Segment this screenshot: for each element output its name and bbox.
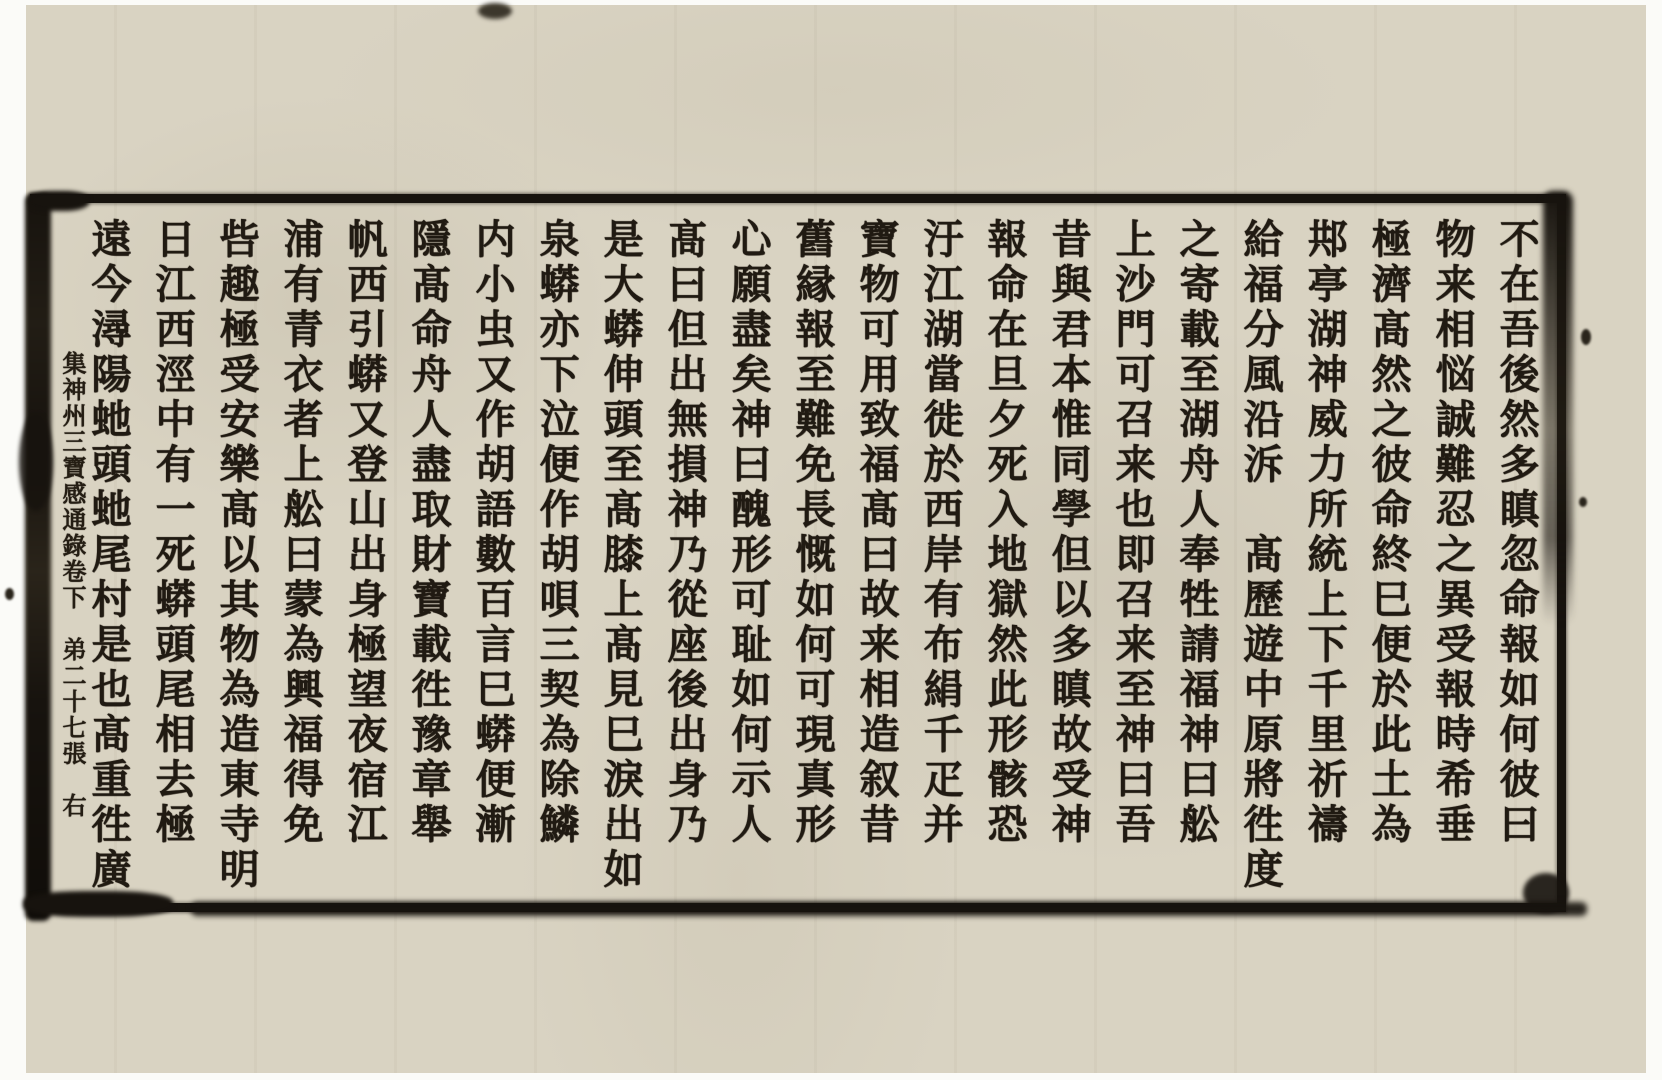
text-column-19: 帆西引蟒又登山出身極望夜宿江 (332, 218, 396, 894)
text-column-2: 物来相悩誠難忍之異受報時希垂 (1420, 218, 1484, 894)
text-column-10: 汙江湖當徙於西岸有布絹千疋并 (908, 218, 972, 894)
colophon-sheet-number: 集神州三寶感通錄卷下 弟二十七張 右 (49, 351, 95, 891)
text-column-4: 䢼亭湖神威力所統上下千里祈禱 (1292, 218, 1356, 894)
text-column-16: 泉蟒亦下泣便作胡唄三契為除鱗 (524, 218, 588, 894)
ink-speck (1579, 497, 1587, 507)
ink-blot-left-mid (19, 413, 53, 511)
ink-speck (5, 588, 14, 600)
text-column-13: 心願盡矣神曰醜形可耻如何示人 (716, 218, 780, 894)
text-column-7: 上沙門可召来也即召来至神曰吾 (1100, 218, 1164, 894)
ink-smudge-top-edge (478, 3, 512, 19)
paper-sheet: 不在吾後然多瞋忽命報如何彼曰 物来相悩誠難忍之異受報時希垂 極濟髙然之彼命終巳便… (26, 5, 1646, 1073)
text-column-18: 隱髙命舟人盡取財寶載徃豫章舉 (396, 218, 460, 894)
text-column-3: 極濟髙然之彼命終巳便於此土為 (1356, 218, 1420, 894)
text-column-15: 是大蟒伸頭至髙膝上髙見巳淚出如 (588, 218, 652, 894)
text-column-12: 舊縁報至難免長慨如何可現真形 (780, 218, 844, 894)
text-column-21: 呰趣極受安樂髙以其物為造東寺明 (204, 218, 268, 894)
text-column-22: 日江西涇中有一死蟒頭尾相去極 (140, 218, 204, 894)
text-column-11: 寶物可用致福髙曰故来相造叙昔 (844, 218, 908, 894)
ink-blot-top-left (29, 191, 89, 211)
ink-speck (1581, 329, 1591, 345)
ink-blot-left-border (25, 193, 51, 921)
text-column-5: 給福分風沿泝 髙歷遊中原將徃度 (1228, 218, 1292, 894)
text-column-17: 内小虫又作胡語數百言巳蟒便漸 (460, 218, 524, 894)
ink-blot-bottom-left (23, 891, 173, 917)
text-column-14: 髙曰但出無損神乃從座後出身乃 (652, 218, 716, 894)
text-block: 不在吾後然多瞋忽命報如何彼曰 物来相悩誠難忍之異受報時希垂 極濟髙然之彼命終巳便… (76, 218, 1548, 894)
text-column-6: 之寄載至湖舟人奉牲請福神曰舩 (1164, 218, 1228, 894)
printed-border-frame: 不在吾後然多瞋忽命報如何彼曰 物来相悩誠難忍之異受報時希垂 極濟髙然之彼命終巳便… (30, 194, 1566, 912)
text-column-8: 昔與君本惟同學但以多瞋故受神 (1036, 218, 1100, 894)
text-column-20: 浦有青衣者上舩曰蒙為興福得免 (268, 218, 332, 894)
ink-blot-bottom-border (191, 902, 1588, 916)
text-column-9: 報命在旦夕死入地獄然此形骸恐 (972, 218, 1036, 894)
text-column-1: 不在吾後然多瞋忽命報如何彼曰 (1484, 218, 1548, 894)
